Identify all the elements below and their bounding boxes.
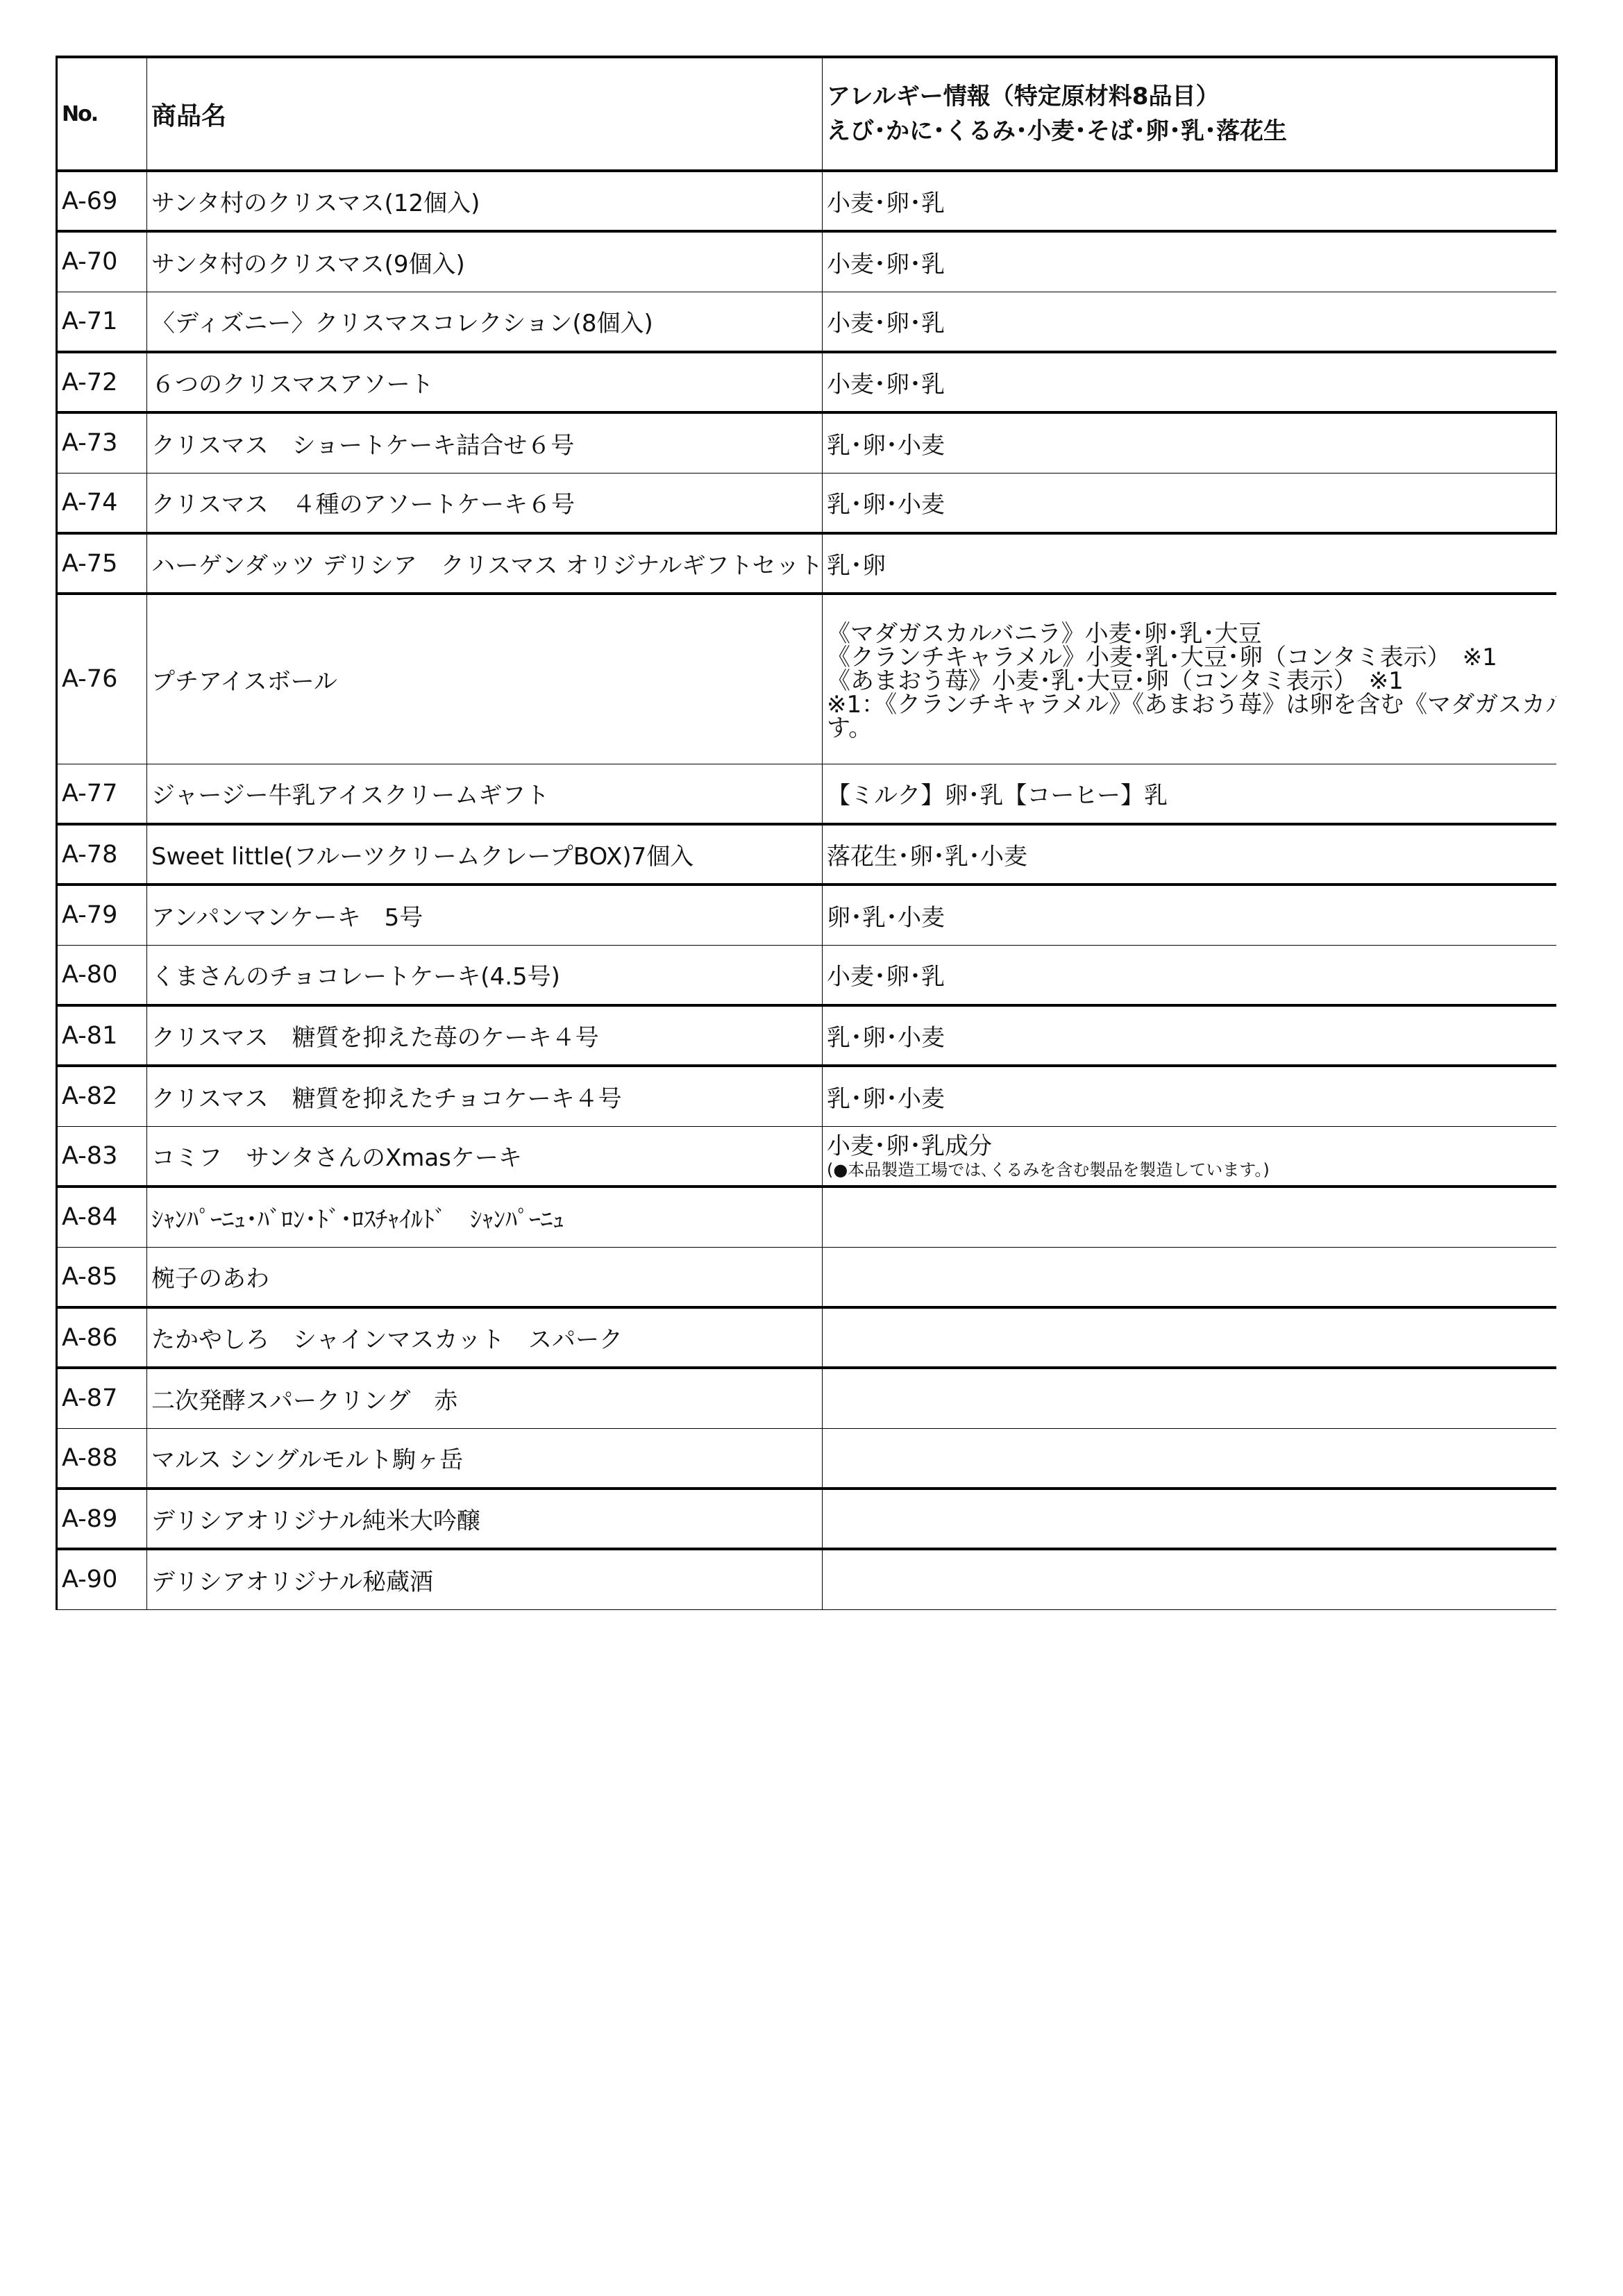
- cell-no: A-90: [57, 1549, 147, 1609]
- table-row: A-80 くまさんのチョコレートケーキ(4.5号) 小麦･卵･乳: [57, 945, 1556, 1005]
- table-row: A-71 〈ディズニー〉クリスマスコレクション(8個入) 小麦･卵･乳: [57, 292, 1556, 352]
- column-header-no: No.: [57, 57, 147, 171]
- cell-no: A-81: [57, 1005, 147, 1066]
- cell-allergy: 小麦･卵･乳: [823, 945, 1556, 1005]
- allergy-line: 《あまおう苺》小麦･乳･大豆･卵（コンタミ表示） ※1: [827, 669, 1552, 693]
- cell-product-name: ６つのクリスマスアソート: [147, 352, 823, 412]
- cell-no: A-83: [57, 1126, 147, 1187]
- allergy-footnote-cont: す。: [827, 717, 1552, 740]
- cell-allergy: 【ミルク】卵･乳【コーヒー】乳: [823, 764, 1556, 824]
- cell-no: A-85: [57, 1247, 147, 1307]
- cell-no: A-79: [57, 885, 147, 945]
- table-row: A-72 ６つのクリスマスアソート 小麦･卵･乳: [57, 352, 1556, 412]
- cell-allergy: [823, 1549, 1556, 1609]
- cell-allergy: 小麦･卵･乳: [823, 171, 1556, 231]
- cell-allergy-with-note: 小麦･卵･乳成分 (●本品製造工場では､くるみを含む製品を製造しています。): [823, 1126, 1556, 1187]
- table-row: A-84 ｼｬﾝﾊﾟｰﾆｭ･ﾊﾞﾛﾝ･ﾄﾞ･ﾛｽﾁｬｲﾙﾄﾞ ｼｬﾝﾊﾟｰﾆｭ: [57, 1187, 1556, 1247]
- cell-product-name: クリスマス ４種のアソートケーキ６号: [147, 473, 823, 533]
- cell-allergy: [823, 1307, 1556, 1368]
- cell-no: A-77: [57, 764, 147, 824]
- cell-no: A-88: [57, 1428, 147, 1489]
- cell-allergy: 小麦･卵･乳: [823, 231, 1556, 292]
- cell-allergy: [823, 1247, 1556, 1307]
- cell-allergy: 小麦･卵･乳: [823, 352, 1556, 412]
- cell-no: A-72: [57, 352, 147, 412]
- cell-product-name: たかやしろ シャインマスカット スパーク: [147, 1307, 823, 1368]
- table-row: A-69 サンタ村のクリスマス(12個入) 小麦･卵･乳: [57, 171, 1556, 231]
- column-header-allergy: アレルギー情報（特定原材料8品目） えび･かに･くるみ･小麦･そば･卵･乳･落花…: [823, 57, 1556, 171]
- table-row: A-89 デリシアオリジナル純米大吟醸: [57, 1489, 1556, 1549]
- cell-product-name: ｼｬﾝﾊﾟｰﾆｭ･ﾊﾞﾛﾝ･ﾄﾞ･ﾛｽﾁｬｲﾙﾄﾞ ｼｬﾝﾊﾟｰﾆｭ: [147, 1187, 823, 1247]
- cell-allergy: [823, 1187, 1556, 1247]
- table-row: A-79 アンパンマンケーキ 5号 卵･乳･小麦: [57, 885, 1556, 945]
- cell-no: A-86: [57, 1307, 147, 1368]
- cell-product-name: クリスマス 糖質を抑えた苺のケーキ４号: [147, 1005, 823, 1066]
- table-row: A-78 Sweet little(フルーツクリームクレープBOX)7個入 落花…: [57, 824, 1556, 885]
- cell-product-name: デリシアオリジナル純米大吟醸: [147, 1489, 823, 1549]
- cell-product-name: マルス シングルモルト駒ヶ岳: [147, 1428, 823, 1489]
- cell-no: A-74: [57, 473, 147, 533]
- allergy-table: No. 商品名 アレルギー情報（特定原材料8品目） えび･かに･くるみ･小麦･そ…: [56, 56, 1558, 1610]
- table-row: A-90 デリシアオリジナル秘蔵酒: [57, 1549, 1556, 1609]
- cell-product-name: ハーゲンダッツ デリシア クリスマス オリジナルギフトセット 25: [147, 533, 823, 594]
- cell-allergy: 乳･卵･小麦: [823, 412, 1556, 473]
- table-row: A-76 プチアイスボール 《マダガスカルバニラ》小麦･卵･乳･大豆 《クランチ…: [57, 594, 1556, 764]
- table-row: A-70 サンタ村のクリスマス(9個入) 小麦･卵･乳: [57, 231, 1556, 292]
- cell-product-name: コミフ サンタさんのXmasケーキ: [147, 1126, 823, 1187]
- cell-product-name: クリスマス 糖質を抑えたチョコケーキ４号: [147, 1066, 823, 1126]
- cell-product-name: プチアイスボール: [147, 594, 823, 764]
- table-row: A-81 クリスマス 糖質を抑えた苺のケーキ４号 乳･卵･小麦: [57, 1005, 1556, 1066]
- cell-no: A-69: [57, 171, 147, 231]
- cell-allergy: 小麦･卵･乳: [823, 292, 1556, 352]
- cell-allergy: [823, 1489, 1556, 1549]
- cell-product-name: Sweet little(フルーツクリームクレープBOX)7個入: [147, 824, 823, 885]
- allergy-line: 《クランチキャラメル》小麦･乳･大豆･卵（コンタミ表示） ※1: [827, 646, 1552, 669]
- cell-no: A-82: [57, 1066, 147, 1126]
- cell-no: A-76: [57, 594, 147, 764]
- allergy-header-title: アレルギー情報（特定原材料8品目）: [827, 79, 1551, 114]
- table-row: A-85 椀子のあわ: [57, 1247, 1556, 1307]
- table-row: A-87 二次発酵スパークリング 赤: [57, 1368, 1556, 1428]
- cell-no: A-80: [57, 945, 147, 1005]
- cell-no: A-73: [57, 412, 147, 473]
- cell-no: A-75: [57, 533, 147, 594]
- allergy-note: (●本品製造工場では､くるみを含む製品を製造しています。): [827, 1160, 1552, 1180]
- table-row: A-88 マルス シングルモルト駒ヶ岳: [57, 1428, 1556, 1489]
- column-header-product-name: 商品名: [147, 57, 823, 171]
- allergy-line: 《マダガスカルバニラ》小麦･卵･乳･大豆: [827, 622, 1552, 646]
- cell-no: A-70: [57, 231, 147, 292]
- cell-no: A-78: [57, 824, 147, 885]
- table-row: A-75 ハーゲンダッツ デリシア クリスマス オリジナルギフトセット 25 乳…: [57, 533, 1556, 594]
- table-row: A-73 クリスマス ショートケーキ詰合せ６号 乳･卵･小麦: [57, 412, 1556, 473]
- cell-no: A-71: [57, 292, 147, 352]
- table-row: A-86 たかやしろ シャインマスカット スパーク: [57, 1307, 1556, 1368]
- cell-product-name: サンタ村のクリスマス(12個入): [147, 171, 823, 231]
- cell-allergy: 落花生･卵･乳･小麦: [823, 824, 1556, 885]
- table-row: A-83 コミフ サンタさんのXmasケーキ 小麦･卵･乳成分 (●本品製造工場…: [57, 1126, 1556, 1187]
- cell-no: A-89: [57, 1489, 147, 1549]
- allergy-footnote: ※1：《クランチキャラメル》《あまおう苺》は卵を含む《マダガスカルバニラ》と同じ…: [827, 693, 1552, 717]
- cell-no: A-84: [57, 1187, 147, 1247]
- cell-allergy: 乳･卵: [823, 533, 1556, 594]
- allergy-sheet: No. 商品名 アレルギー情報（特定原材料8品目） えび･かに･くるみ･小麦･そ…: [56, 56, 1555, 1610]
- cell-no: A-87: [57, 1368, 147, 1428]
- cell-allergy: [823, 1368, 1556, 1428]
- cell-product-name: 〈ディズニー〉クリスマスコレクション(8個入): [147, 292, 823, 352]
- cell-product-name: 二次発酵スパークリング 赤: [147, 1368, 823, 1428]
- allergy-header-items: えび･かに･くるみ･小麦･そば･卵･乳･落花生: [827, 114, 1551, 149]
- cell-allergy-multiline: 《マダガスカルバニラ》小麦･卵･乳･大豆 《クランチキャラメル》小麦･乳･大豆･…: [823, 594, 1556, 764]
- allergy-main: 小麦･卵･乳成分: [827, 1132, 1552, 1160]
- cell-product-name: 椀子のあわ: [147, 1247, 823, 1307]
- table-header-row: No. 商品名 アレルギー情報（特定原材料8品目） えび･かに･くるみ･小麦･そ…: [57, 57, 1556, 171]
- cell-allergy: [823, 1428, 1556, 1489]
- cell-allergy: 乳･卵･小麦: [823, 1066, 1556, 1126]
- cell-product-name: アンパンマンケーキ 5号: [147, 885, 823, 945]
- cell-product-name: くまさんのチョコレートケーキ(4.5号): [147, 945, 823, 1005]
- cell-allergy: 乳･卵･小麦: [823, 1005, 1556, 1066]
- cell-product-name: ジャージー牛乳アイスクリームギフト: [147, 764, 823, 824]
- cell-allergy: 卵･乳･小麦: [823, 885, 1556, 945]
- table-row: A-77 ジャージー牛乳アイスクリームギフト 【ミルク】卵･乳【コーヒー】乳: [57, 764, 1556, 824]
- cell-allergy: 乳･卵･小麦: [823, 473, 1556, 533]
- table-row: A-74 クリスマス ４種のアソートケーキ６号 乳･卵･小麦: [57, 473, 1556, 533]
- cell-product-name: クリスマス ショートケーキ詰合せ６号: [147, 412, 823, 473]
- cell-product-name: サンタ村のクリスマス(9個入): [147, 231, 823, 292]
- table-row: A-82 クリスマス 糖質を抑えたチョコケーキ４号 乳･卵･小麦: [57, 1066, 1556, 1126]
- cell-product-name: デリシアオリジナル秘蔵酒: [147, 1549, 823, 1609]
